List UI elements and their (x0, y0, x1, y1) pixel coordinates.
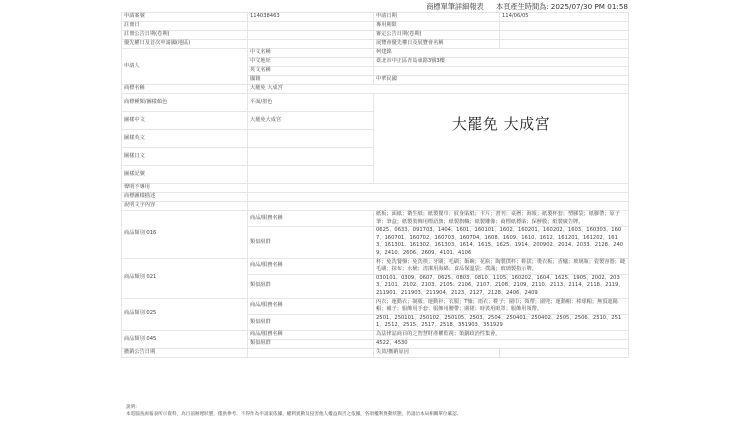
mark-symbol-value (248, 166, 374, 184)
priority-label: 優先權日及首次申請國(地區) (122, 40, 248, 49)
row-applicant-cn-name: 申請人 中文名稱 柯建銘 (122, 49, 629, 58)
expo-label: 展覽會優先權日及展覽會名稱 (374, 40, 500, 49)
mark-en-value (248, 130, 374, 148)
mark-name-label: 商標名稱 (122, 85, 248, 94)
generated-time: 2025/07/30 PM 01:58 (551, 2, 628, 11)
reg-pub-value (248, 31, 374, 40)
mark-desc-value (248, 193, 629, 202)
class-021-goods-label: 商品/服務名稱 (248, 258, 374, 274)
mark-jp-label: 圖樣日文 (122, 148, 248, 166)
class-025-goods-value: 內衣；運動衣；制服；運動衫；衣服；T恤；雨衣；鞋子；圍巾；領帶；圍兜；運動帽；棒… (374, 298, 629, 314)
class-045-goods-label: 商品/服務名稱 (248, 330, 374, 339)
app-date-label: 申請日期 (374, 13, 500, 22)
note-title: 說明: (126, 404, 461, 411)
invalid-reason-label: 失效/撤銷原因 (374, 348, 500, 357)
row-reg-date: 註冊日 專用期限 (122, 22, 629, 31)
class-021-group-label: 類似組群 (248, 274, 374, 298)
expo-value (500, 40, 629, 49)
app-no-label: 申請案號 (122, 13, 248, 22)
mark-type-value: 平面/墨色 (248, 94, 374, 112)
class-021-group-value: 030101、0309、0607、0625、0803、0810、1105、160… (374, 274, 629, 298)
term-label: 專用期限 (374, 22, 500, 31)
reg-date-value (248, 22, 374, 31)
trademark-image-text: 大罷免 大成宮 (452, 115, 550, 133)
applicant-cn-addr-label: 中文地址 (248, 58, 374, 67)
applicant-label: 申請人 (122, 49, 248, 85)
trademark-detail-table: 申請案號 114038463 申請日期 114/06/05 註冊日 專用期限 註… (121, 12, 629, 358)
mark-cn-value: 大罷免大成宮 (248, 112, 374, 130)
applicant-cn-addr-value: 臺北市中正區青島東路3號3樓 (374, 58, 629, 67)
row-mark-desc: 商標圖樣描述 (122, 193, 629, 202)
class-016-group-label: 類似組群 (248, 227, 374, 258)
trademark-image: 大罷免 大成宮 (374, 94, 629, 184)
row-revoke: 撤銷公告日期 失效/撤銷原因 (122, 348, 629, 357)
mark-name-value: 大罷免 大成宮 (248, 85, 629, 94)
disclaimer-label: 聲明不專用 (122, 184, 248, 193)
row-pub: 註冊公告日期(卷期) 審定公告日期(卷期) (122, 31, 629, 40)
row-class-025-goods: 商品類別 025 商品/服務名稱 內衣；運動衣；制服；運動衫；衣服；T恤；雨衣；… (122, 298, 629, 314)
class-045-goods-value: 為法律誌商目的之智慧財產權監視；策劃政治性集會。 (374, 330, 629, 339)
class-021-label: 商品類別 021 (122, 258, 248, 298)
row-mark-type: 商標種類/圖樣顏色 平面/墨色 大罷免 大成宮 (122, 94, 629, 112)
class-025-goods-label: 商品/服務名稱 (248, 298, 374, 314)
row-explain: 說明文字內容 (122, 202, 629, 211)
generated-label: 本頁產生時間為: (496, 2, 549, 11)
app-date-value: 114/06/05 (500, 13, 629, 22)
row-priority: 優先權日及首次申請國(地區) 展覽會優先權日及展覽會名稱 (122, 40, 629, 49)
class-025-label: 商品類別 025 (122, 298, 248, 330)
explain-label: 說明文字內容 (122, 202, 248, 211)
report-header: 商標單筆詳細報表 本頁產生時間為:2025/07/30 PM 01:58 (418, 2, 628, 12)
report-title: 商標單筆詳細報表 (426, 2, 484, 11)
mark-jp-value (248, 148, 374, 166)
priority-value (248, 40, 374, 49)
row-class-016-goods: 商品類別 016 商品/服務名稱 紙板；面紙；衛生紙；紙製餐巾；紋身貼紙；卡片；… (122, 211, 629, 227)
class-025-group-label: 類似組群 (248, 314, 374, 330)
exam-pub-value (500, 31, 629, 40)
class-025-group-value: 2501、250101、250102、250105、2503、2504、2504… (374, 314, 629, 330)
class-045-group-value: 4522、4530 (374, 339, 629, 348)
class-016-label: 商品類別 016 (122, 211, 248, 259)
invalid-reason-value (500, 348, 629, 357)
applicant-en-name-label: 英文名稱 (248, 67, 374, 76)
class-045-label: 商品類別 045 (122, 330, 248, 348)
row-mark-name: 商標名稱 大罷免 大成宮 (122, 85, 629, 94)
reg-pub-label: 註冊公告日期(卷期) (122, 31, 248, 40)
disclaimer-value (248, 184, 629, 193)
applicant-en-name-value (374, 67, 629, 76)
note-text: 本電腦查詢報表所示資料，為目前辦理狀態，僅供參考，不得作為申請案依據，權利異動及… (126, 411, 461, 418)
row-class-045-goods: 商品類別 045 商品/服務名稱 為法律誌商目的之智慧財產權監視；策劃政治性集會… (122, 330, 629, 339)
mark-en-label: 圖樣英文 (122, 130, 248, 148)
class-016-goods-value: 紙板；面紙；衛生紙；紙製餐巾；紋身貼紙；卡片；書刊；桌曆；海報；紙製杯套；塑膠袋… (374, 211, 629, 227)
row-disclaimer: 聲明不專用 (122, 184, 629, 193)
applicant-nation-value: 中華民國 (374, 76, 629, 85)
mark-symbol-label: 圖樣記號 (122, 166, 248, 184)
disclaimer-note: 說明: 本電腦查詢報表所示資料，為目前辦理狀態，僅供參考，不得作為申請案依據，權… (126, 404, 461, 418)
reg-date-label: 註冊日 (122, 22, 248, 31)
row-app-no: 申請案號 114038463 申請日期 114/06/05 (122, 13, 629, 22)
class-016-goods-label: 商品/服務名稱 (248, 211, 374, 227)
mark-cn-label: 圖樣中文 (122, 112, 248, 130)
class-045-group-label: 類似組群 (248, 339, 374, 348)
applicant-nation-label: 國籍 (248, 76, 374, 85)
mark-type-label: 商標種類/圖樣顏色 (122, 94, 248, 112)
explain-value (248, 202, 629, 211)
mark-desc-label: 商標圖樣描述 (122, 193, 248, 202)
class-021-goods-value: 杯；免洗餐盤；免洗筷；牙刷；毛刷；飯碗；花瓶；陶製撲杯；鞋拔；燙衣板；香爐；玻璃… (374, 258, 629, 274)
revoke-pub-label: 撤銷公告日期 (122, 348, 248, 357)
applicant-cn-name-value: 柯建銘 (374, 49, 629, 58)
row-class-021-goods: 商品類別 021 商品/服務名稱 杯；免洗餐盤；免洗筷；牙刷；毛刷；飯碗；花瓶；… (122, 258, 629, 274)
app-no-value: 114038463 (248, 13, 374, 22)
applicant-cn-name-label: 中文名稱 (248, 49, 374, 58)
exam-pub-label: 審定公告日期(卷期) (374, 31, 500, 40)
term-value (500, 22, 629, 31)
revoke-pub-value (248, 348, 374, 357)
class-016-group-value: 0625、0633、091703、1404、1601、160101、1602、1… (374, 227, 629, 258)
